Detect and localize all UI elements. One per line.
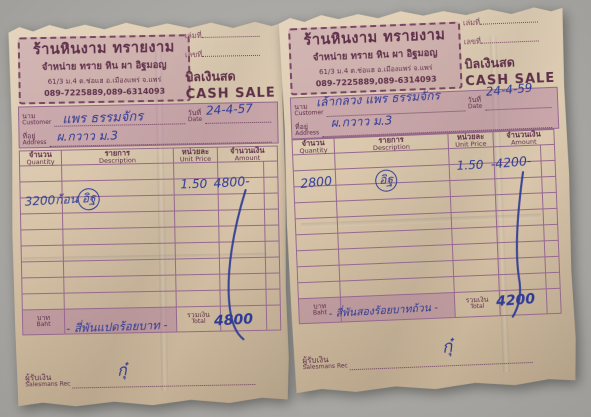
handwritten-total: 4200 xyxy=(496,291,536,310)
baht-label-en: Baht xyxy=(23,322,64,329)
handwritten-quantity: 2800 xyxy=(300,173,333,191)
signature-blank xyxy=(72,372,255,389)
book-no-label: เล่มที่ xyxy=(185,31,202,40)
handwritten-date: 24-4-57 xyxy=(206,101,254,118)
unit-header-en: Unit Price xyxy=(174,155,217,162)
receiver-label-en: Salesmans Rec xyxy=(25,382,70,389)
signature-blank xyxy=(350,350,533,370)
total-label-en: Total xyxy=(455,303,499,311)
satang-cell xyxy=(546,288,561,314)
address-label-en: Address xyxy=(295,130,319,137)
qty-header-en: Quantity xyxy=(293,146,334,154)
receipt-left: ร้านหินงาม ทรายงาม จำหน่าย ทราย หิน ผา อ… xyxy=(8,17,289,408)
shop-phone: 089-7225889,089-6314093 xyxy=(25,86,185,98)
book-no-label: เล่มที่ xyxy=(463,18,480,28)
shop-stamp: ร้านหินงาม ทรายงาม จำหน่าย ทราย หิน ผา อ… xyxy=(18,34,191,104)
doc-no-blank xyxy=(481,32,539,43)
bill-title-th: บิลเงินสด xyxy=(185,66,277,88)
address-label-en: Address xyxy=(23,140,47,146)
bill-title-en: CASH SALE xyxy=(186,86,278,103)
handwritten-description: อิฐ xyxy=(77,188,100,211)
bill-header: เล่มที่ เลขที่ บิลเงินสด CASH SALE xyxy=(184,28,277,103)
photo-background: ร้านหินงาม ทรายงาม จำหน่าย ทราย หิน ผา อ… xyxy=(0,0,591,417)
shop-tagline: จำหน่าย ทราย หิน ผา อิฐมอญ xyxy=(24,57,184,75)
satang-cell xyxy=(266,305,280,330)
doc-no-label: เลขที่ xyxy=(185,50,202,59)
receiver-line: ผู้รับเงินSalesmans Rec xyxy=(25,370,255,389)
handwritten-amount: 4800- xyxy=(213,173,250,191)
handwritten-unit-price: 1.50 xyxy=(180,177,207,192)
book-no-blank xyxy=(202,28,260,38)
shop-name: ร้านหินงาม ทรายงาม xyxy=(24,39,184,59)
handwritten-address: ผ.กวาว ม.3 xyxy=(331,111,393,132)
handwritten-quantity: 3200ก้อนอิฐ xyxy=(24,188,100,214)
handwritten-amount-words: - สี่พันแปดร้อยบาท - xyxy=(66,317,168,339)
receiver-label-en: Salesmans Rec xyxy=(303,363,348,371)
date-label-en: Date xyxy=(468,104,483,111)
handwritten-customer-name: แพร ธรรมจักร xyxy=(62,105,144,129)
doc-no-blank xyxy=(202,47,260,57)
receipt-right: ร้านหินงาม ทรายงาม จำหน่าย ทราย หิน ผา อ… xyxy=(278,2,577,395)
qty-header-en: Quantity xyxy=(20,158,61,165)
handwritten-signature: กุ๋ xyxy=(440,333,454,361)
customer-label-en: Customer xyxy=(22,120,51,127)
bill-header: เล่มที่ เลขที่ บิลเงินสด CASH SALE xyxy=(463,13,558,90)
receiver-line: ผู้รับเงินSalesmans Rec xyxy=(302,348,532,372)
date-label-en: Date xyxy=(188,117,202,123)
shop-stamp: ร้านหินงาม ทรายงาม จำหน่าย ทราย หิน ผา อ… xyxy=(288,22,463,96)
unit-header-en: Unit Price xyxy=(449,140,493,148)
handwritten-signature: กุ๋ xyxy=(116,358,128,384)
handwritten-total: 4800 xyxy=(214,311,254,329)
handwritten-unit-price: 1.50 xyxy=(456,158,483,173)
doc-no-label: เลขที่ xyxy=(464,37,482,47)
book-no-blank xyxy=(480,13,538,24)
handwritten-address: ผ.กวาว ม.3 xyxy=(56,127,118,147)
